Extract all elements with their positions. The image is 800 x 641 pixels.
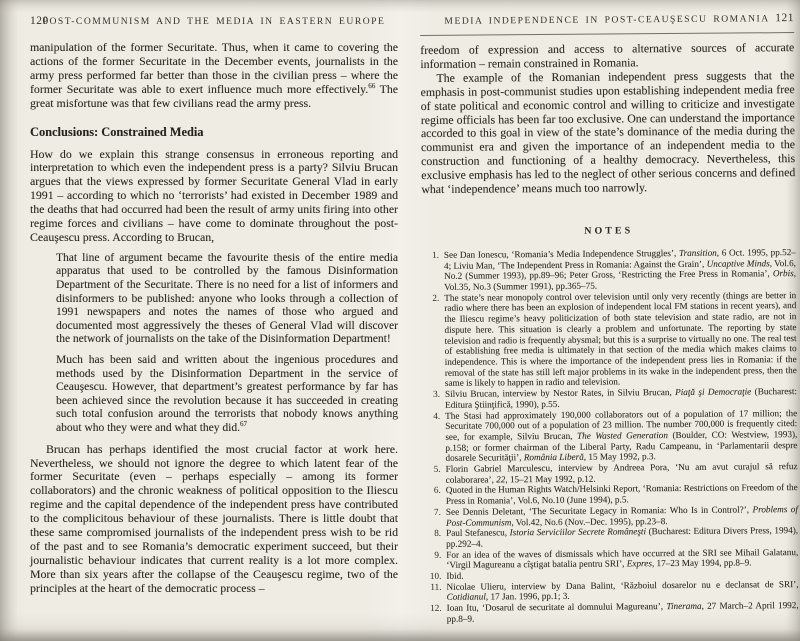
note-number: 11. bbox=[424, 582, 446, 604]
note-number: 12. bbox=[425, 603, 447, 625]
book-spread-scan: 120 POST-COMMUNISM AND THE MEDIA IN EAST… bbox=[0, 0, 800, 641]
note-number: 5. bbox=[424, 464, 446, 486]
paragraph: How do we explain this strange consensus… bbox=[30, 148, 398, 245]
note-text: For an idea of the waves of dismissals w… bbox=[446, 547, 798, 571]
note-number: 6. bbox=[424, 485, 446, 507]
note-number: 8. bbox=[424, 528, 446, 550]
page-right: MEDIA INDEPENDENCE IN POST-CEAUŞESCU ROM… bbox=[420, 13, 799, 624]
note-text: Paul Stefanescu, Istoria Serviciilor Sec… bbox=[446, 525, 798, 549]
note-item: 12. Ioan Itu, ‘Dosarul de securitate al … bbox=[425, 600, 799, 624]
paragraph-continuation: manipulation of the former Securitate. T… bbox=[30, 41, 398, 111]
running-head-right: MEDIA INDEPENDENCE IN POST-CEAUŞESCU ROM… bbox=[420, 13, 794, 36]
note-number: 1. bbox=[422, 250, 444, 293]
page-number-left: 120 bbox=[30, 15, 49, 27]
note-number: 3. bbox=[423, 389, 445, 411]
note-item: 2. The state’s near monopoly control ove… bbox=[422, 290, 797, 389]
note-number: 9. bbox=[424, 549, 446, 571]
note-number: 7. bbox=[424, 507, 446, 529]
note-item: 6. Quoted in the Human Rights Watch/Hels… bbox=[424, 482, 798, 506]
note-item: 3. Silviu Brucan, interview by Nestor Ra… bbox=[423, 386, 797, 410]
note-number: 4. bbox=[423, 410, 445, 464]
note-item: 9. For an idea of the waves of dismissal… bbox=[424, 547, 798, 571]
running-head-left: 120 POST-COMMUNISM AND THE MEDIA IN EAST… bbox=[30, 16, 398, 31]
note-text: Ioan Itu, ‘Dosarul de securitate al domn… bbox=[447, 600, 799, 624]
page-number-right: 121 bbox=[775, 12, 794, 24]
block-quote: Much has been said and written about the… bbox=[56, 354, 398, 436]
note-item: 1. See Dan Ionescu, ‘Romania’s Media Ind… bbox=[422, 247, 796, 293]
notes-list: 1. See Dan Ionescu, ‘Romania’s Media Ind… bbox=[422, 247, 799, 625]
note-item: 5. Florin Gabriel Marculescu, interview … bbox=[424, 461, 798, 485]
running-head-title-left: POST-COMMUNISM AND THE MEDIA IN EASTERN … bbox=[30, 16, 398, 27]
paragraph-continuation: freedom of expression and access to alte… bbox=[420, 41, 794, 72]
notes-heading: NOTES bbox=[422, 224, 796, 238]
note-text: The state’s near monopoly control over t… bbox=[444, 290, 797, 389]
paragraph: Brucan has perhaps identified the most c… bbox=[30, 443, 398, 596]
note-item: 11. Nicolae Ulieru, interview by Dana Ba… bbox=[424, 579, 798, 603]
note-item: 8. Paul Stefanescu, Istoria Serviciilor … bbox=[424, 525, 798, 549]
note-text: See Dennis Deletant, ‘The Securitate Leg… bbox=[446, 504, 798, 528]
note-item: 7. See Dennis Deletant, ‘The Securitate … bbox=[424, 504, 798, 528]
note-text: Quoted in the Human Rights Watch/Helsink… bbox=[446, 482, 798, 506]
note-text: Silviu Brucan, interview by Nestor Rates… bbox=[445, 386, 797, 410]
section-heading: Conclusions: Constrained Media bbox=[30, 125, 398, 140]
note-text: The Stasi had approximately 190,000 coll… bbox=[445, 408, 797, 464]
note-text: Florin Gabriel Marculescu, interview by … bbox=[446, 461, 798, 485]
note-text: Nicolae Ulieru, interview by Dana Balint… bbox=[446, 579, 798, 603]
page-left: 120 POST-COMMUNISM AND THE MEDIA IN EAST… bbox=[30, 16, 398, 596]
note-item: 4. The Stasi had approximately 190,000 c… bbox=[423, 408, 797, 464]
running-head-title-right: MEDIA INDEPENDENCE IN POST-CEAUŞESCU ROM… bbox=[420, 13, 794, 27]
block-quote: That line of argument became the favouri… bbox=[56, 252, 398, 347]
note-number: 2. bbox=[422, 293, 445, 389]
note-number: 10. bbox=[424, 571, 446, 582]
note-text: See Dan Ionescu, ‘Romania’s Media Indepe… bbox=[444, 247, 796, 293]
paragraph: The example of the Romanian independent … bbox=[420, 69, 795, 197]
